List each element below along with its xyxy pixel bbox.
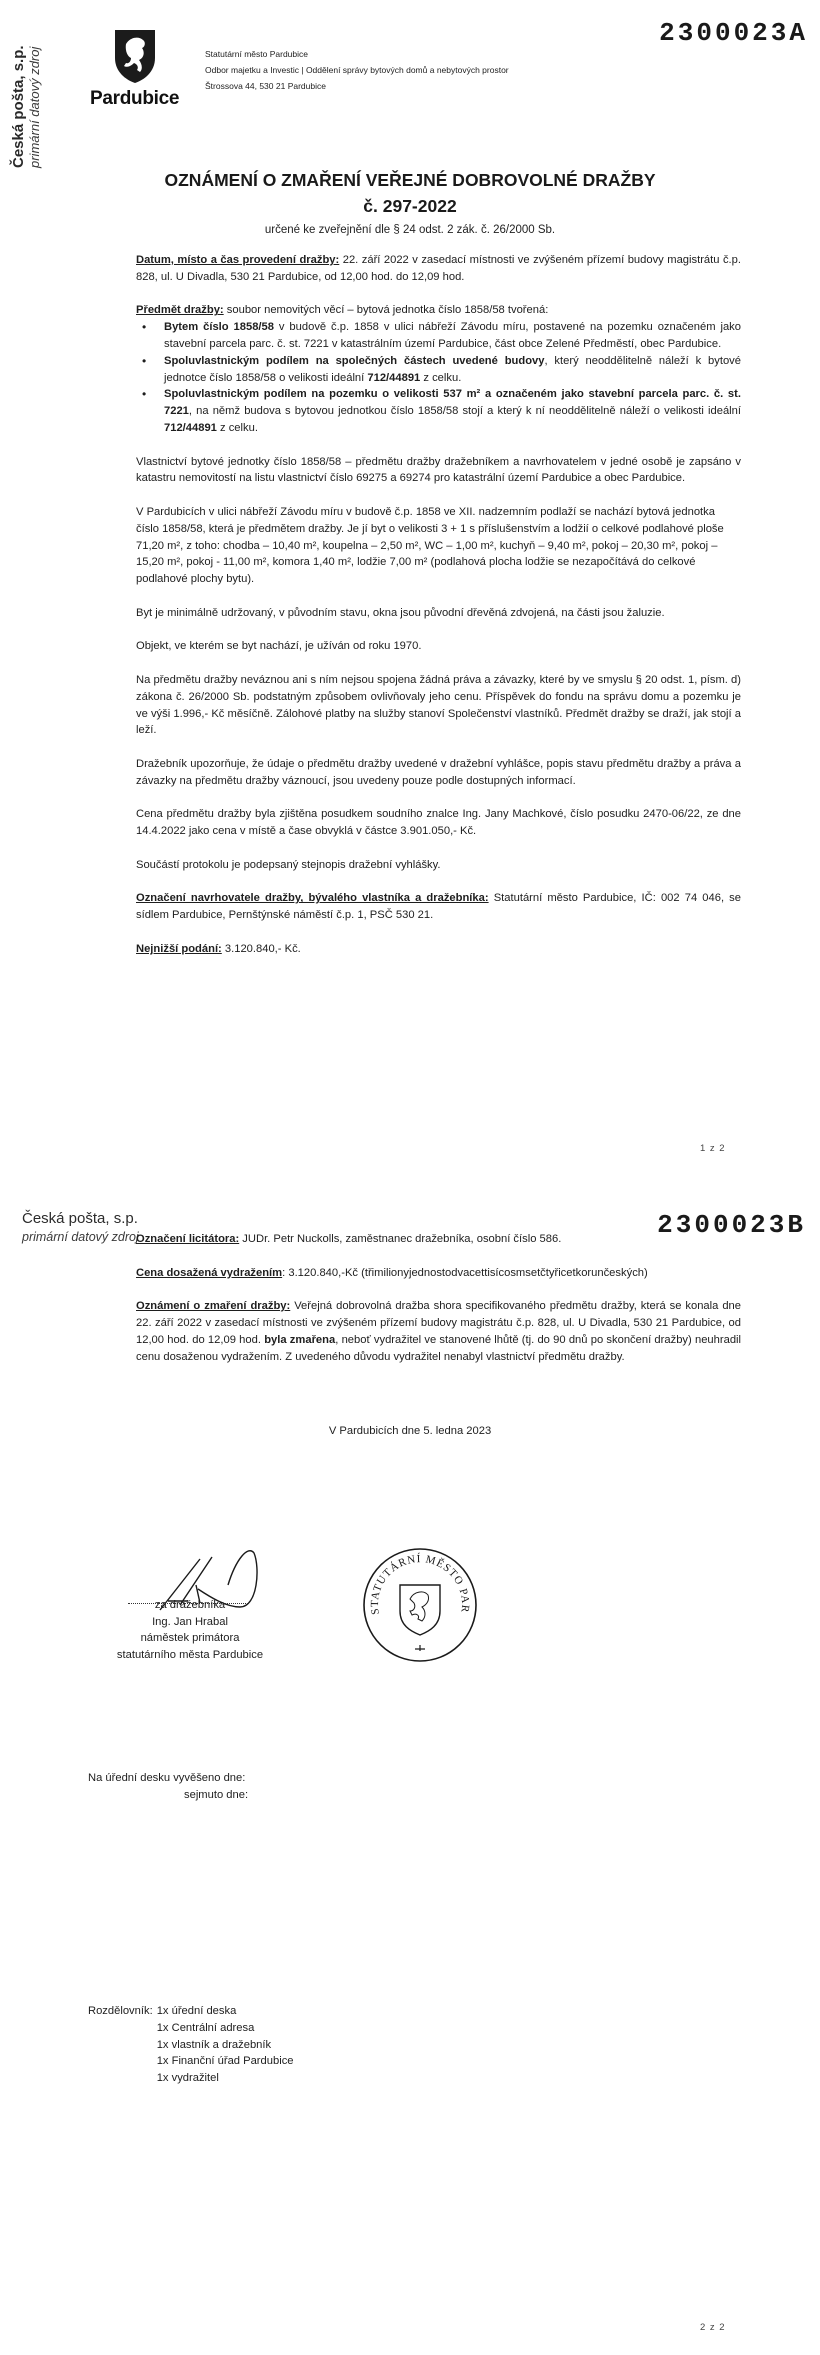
postal-stamp-line2: primární datový zdroj [27, 45, 43, 168]
subject-item: Spoluvlastnickým podílem na pozemku o ve… [136, 386, 741, 436]
document-title: OZNÁMENÍ O ZMAŘENÍ VEŘEJNÉ DOBROVOLNÉ DR… [0, 170, 820, 191]
page-number-1: 1 z 2 [700, 1143, 726, 1154]
distribution-list: Rozdělovník: 1x úřední deska 1x Centráln… [88, 2003, 294, 2087]
condition-paragraph: Byt je minimálně udržovaný, v původním s… [136, 605, 741, 622]
signature-role: za dražebníka [100, 1597, 280, 1614]
org-department: Odbor majetku a Investic | Oddělení sprá… [205, 62, 509, 78]
signatory-name: Ing. Jan Hrabal [100, 1614, 280, 1631]
document-number: č. 297-2022 [0, 196, 820, 217]
postal-stamp-vertical: Česká pošta, s.p. primární datový zdroj [10, 18, 40, 168]
auction-datetime-label: Datum, místo a čas provedení dražby: [136, 254, 339, 266]
place-and-date: V Pardubicích dne 5. ledna 2023 [0, 1425, 820, 1437]
auctioneer-section: Označení licitátora: JUDr. Petr Nuckolls… [136, 1231, 741, 1248]
subject-item: Spoluvlastnickým podílem na společných č… [136, 353, 741, 387]
valuation-paragraph: Cena předmětu dražby byla zjištěna posud… [136, 806, 741, 840]
document-subtitle: určené ke zveřejnění dle § 24 odst. 2 zá… [0, 224, 820, 236]
svg-text:STATUTÁRNÍ MĚSTO PARDUBICE: STATUTÁRNÍ MĚSTO PARDUBICE [360, 1545, 471, 1615]
distribution-item: 1x Centrální adresa [157, 2020, 294, 2037]
subject-section: Předmět dražby: soubor nemovitých věcí –… [136, 302, 741, 436]
notice-board-posting: Na úřední desku vyvěšeno dne: sejmuto dn… [88, 1770, 248, 1803]
org-name: Statutární město Pardubice [205, 46, 509, 62]
subject-item: Bytem číslo 1858/58 v budově č.p. 1858 v… [136, 319, 741, 353]
protocol-paragraph: Součástí protokolu je podepsaný stejnopi… [136, 857, 741, 874]
lowest-bid-value: 3.120.840,- Kč. [222, 943, 301, 955]
unit-description-paragraph: V Pardubicích v ulici nábřeží Závodu mír… [136, 504, 741, 588]
city-logo: Pardubice [90, 28, 190, 110]
postal-stamp-line2: primární datový zdroj [22, 1228, 139, 1246]
frustration-notice-label: Oznámení o zmaření dražby: [136, 1300, 290, 1312]
postal-stamp-line1: Česká pošta, s.p. [10, 45, 27, 168]
price-reached-section: Cena dosažená vydražením: 3.120.840,-Kč … [136, 1265, 741, 1282]
price-reached-text: : 3.120.840,-Kč (třimilionyjednostodvace… [282, 1267, 648, 1279]
subject-label: Předmět dražby: [136, 304, 224, 316]
disclaimer-paragraph: Dražebník upozorňuje, že údaje o předmět… [136, 756, 741, 790]
registration-number: 2300023A [659, 18, 808, 48]
lowest-bid-section: Nejnižší podání: 3.120.840,- Kč. [136, 941, 741, 958]
distribution-label: Rozdělovník: [88, 2003, 153, 2087]
frustration-status: byla zmařena [264, 1334, 335, 1346]
price-reached-label: Cena dosažená vydražením [136, 1267, 282, 1279]
ownership-paragraph: Vlastnictví bytové jednotky číslo 1858/5… [136, 454, 741, 488]
signature-block: za dražebníka Ing. Jan Hrabal náměstek p… [100, 1597, 280, 1663]
subject-text: soubor nemovitých věcí – bytová jednotka… [224, 304, 549, 316]
page2-body: Označení licitátora: JUDr. Petr Nuckolls… [136, 1231, 741, 1382]
removed-on-label: sejmuto dne: [88, 1787, 248, 1804]
postal-stamp-line1: Česká pošta, s.p. [22, 1210, 139, 1228]
frustration-notice-section: Oznámení o zmaření dražby: Veřejná dobro… [136, 1298, 741, 1365]
org-address: Štrossova 44, 530 21 Pardubice [205, 78, 509, 94]
distribution-item: 1x vydražitel [157, 2070, 294, 2087]
signatory-organization: statutárního města Pardubice [100, 1647, 280, 1664]
distribution-item: 1x úřední deska [157, 2003, 294, 2020]
postal-stamp-page2: Česká pošta, s.p. primární datový zdroj [22, 1210, 139, 1246]
subject-list: Bytem číslo 1858/58 v budově č.p. 1858 v… [136, 319, 741, 437]
auctioneer-label: Označení licitátora: [136, 1233, 239, 1245]
distribution-item: 1x vlastník a dražebník [157, 2037, 294, 2054]
proposer-section: Označení navrhovatele dražby, bývalého v… [136, 890, 741, 924]
encumbrances-paragraph: Na předmětu dražby neváznou ani s ním ne… [136, 672, 741, 739]
lowest-bid-label: Nejnižší podání: [136, 943, 222, 955]
building-age-paragraph: Objekt, ve kterém se byt nachází, je uží… [136, 638, 741, 655]
page1-body: Datum, místo a čas provedení dražby: 22.… [136, 252, 741, 974]
logo-city-name: Pardubice [90, 88, 190, 110]
pardubice-coat-of-arms-icon [112, 28, 158, 84]
posted-on-label: Na úřední desku vyvěšeno dne: [88, 1770, 248, 1787]
proposer-label: Označení navrhovatele dražby, bývalého v… [136, 892, 489, 904]
auctioneer-text: JUDr. Petr Nuckolls, zaměstnanec dražebn… [239, 1233, 561, 1245]
organization-header: Statutární město Pardubice Odbor majetku… [205, 46, 509, 94]
signatory-title: náměstek primátora [100, 1630, 280, 1647]
page-number-2: 2 z 2 [700, 2322, 726, 2333]
distribution-item: 1x Finanční úřad Pardubice [157, 2053, 294, 2070]
official-seal-icon: STATUTÁRNÍ MĚSTO PARDUBICE [360, 1545, 480, 1665]
auction-datetime-section: Datum, místo a čas provedení dražby: 22.… [136, 252, 741, 286]
